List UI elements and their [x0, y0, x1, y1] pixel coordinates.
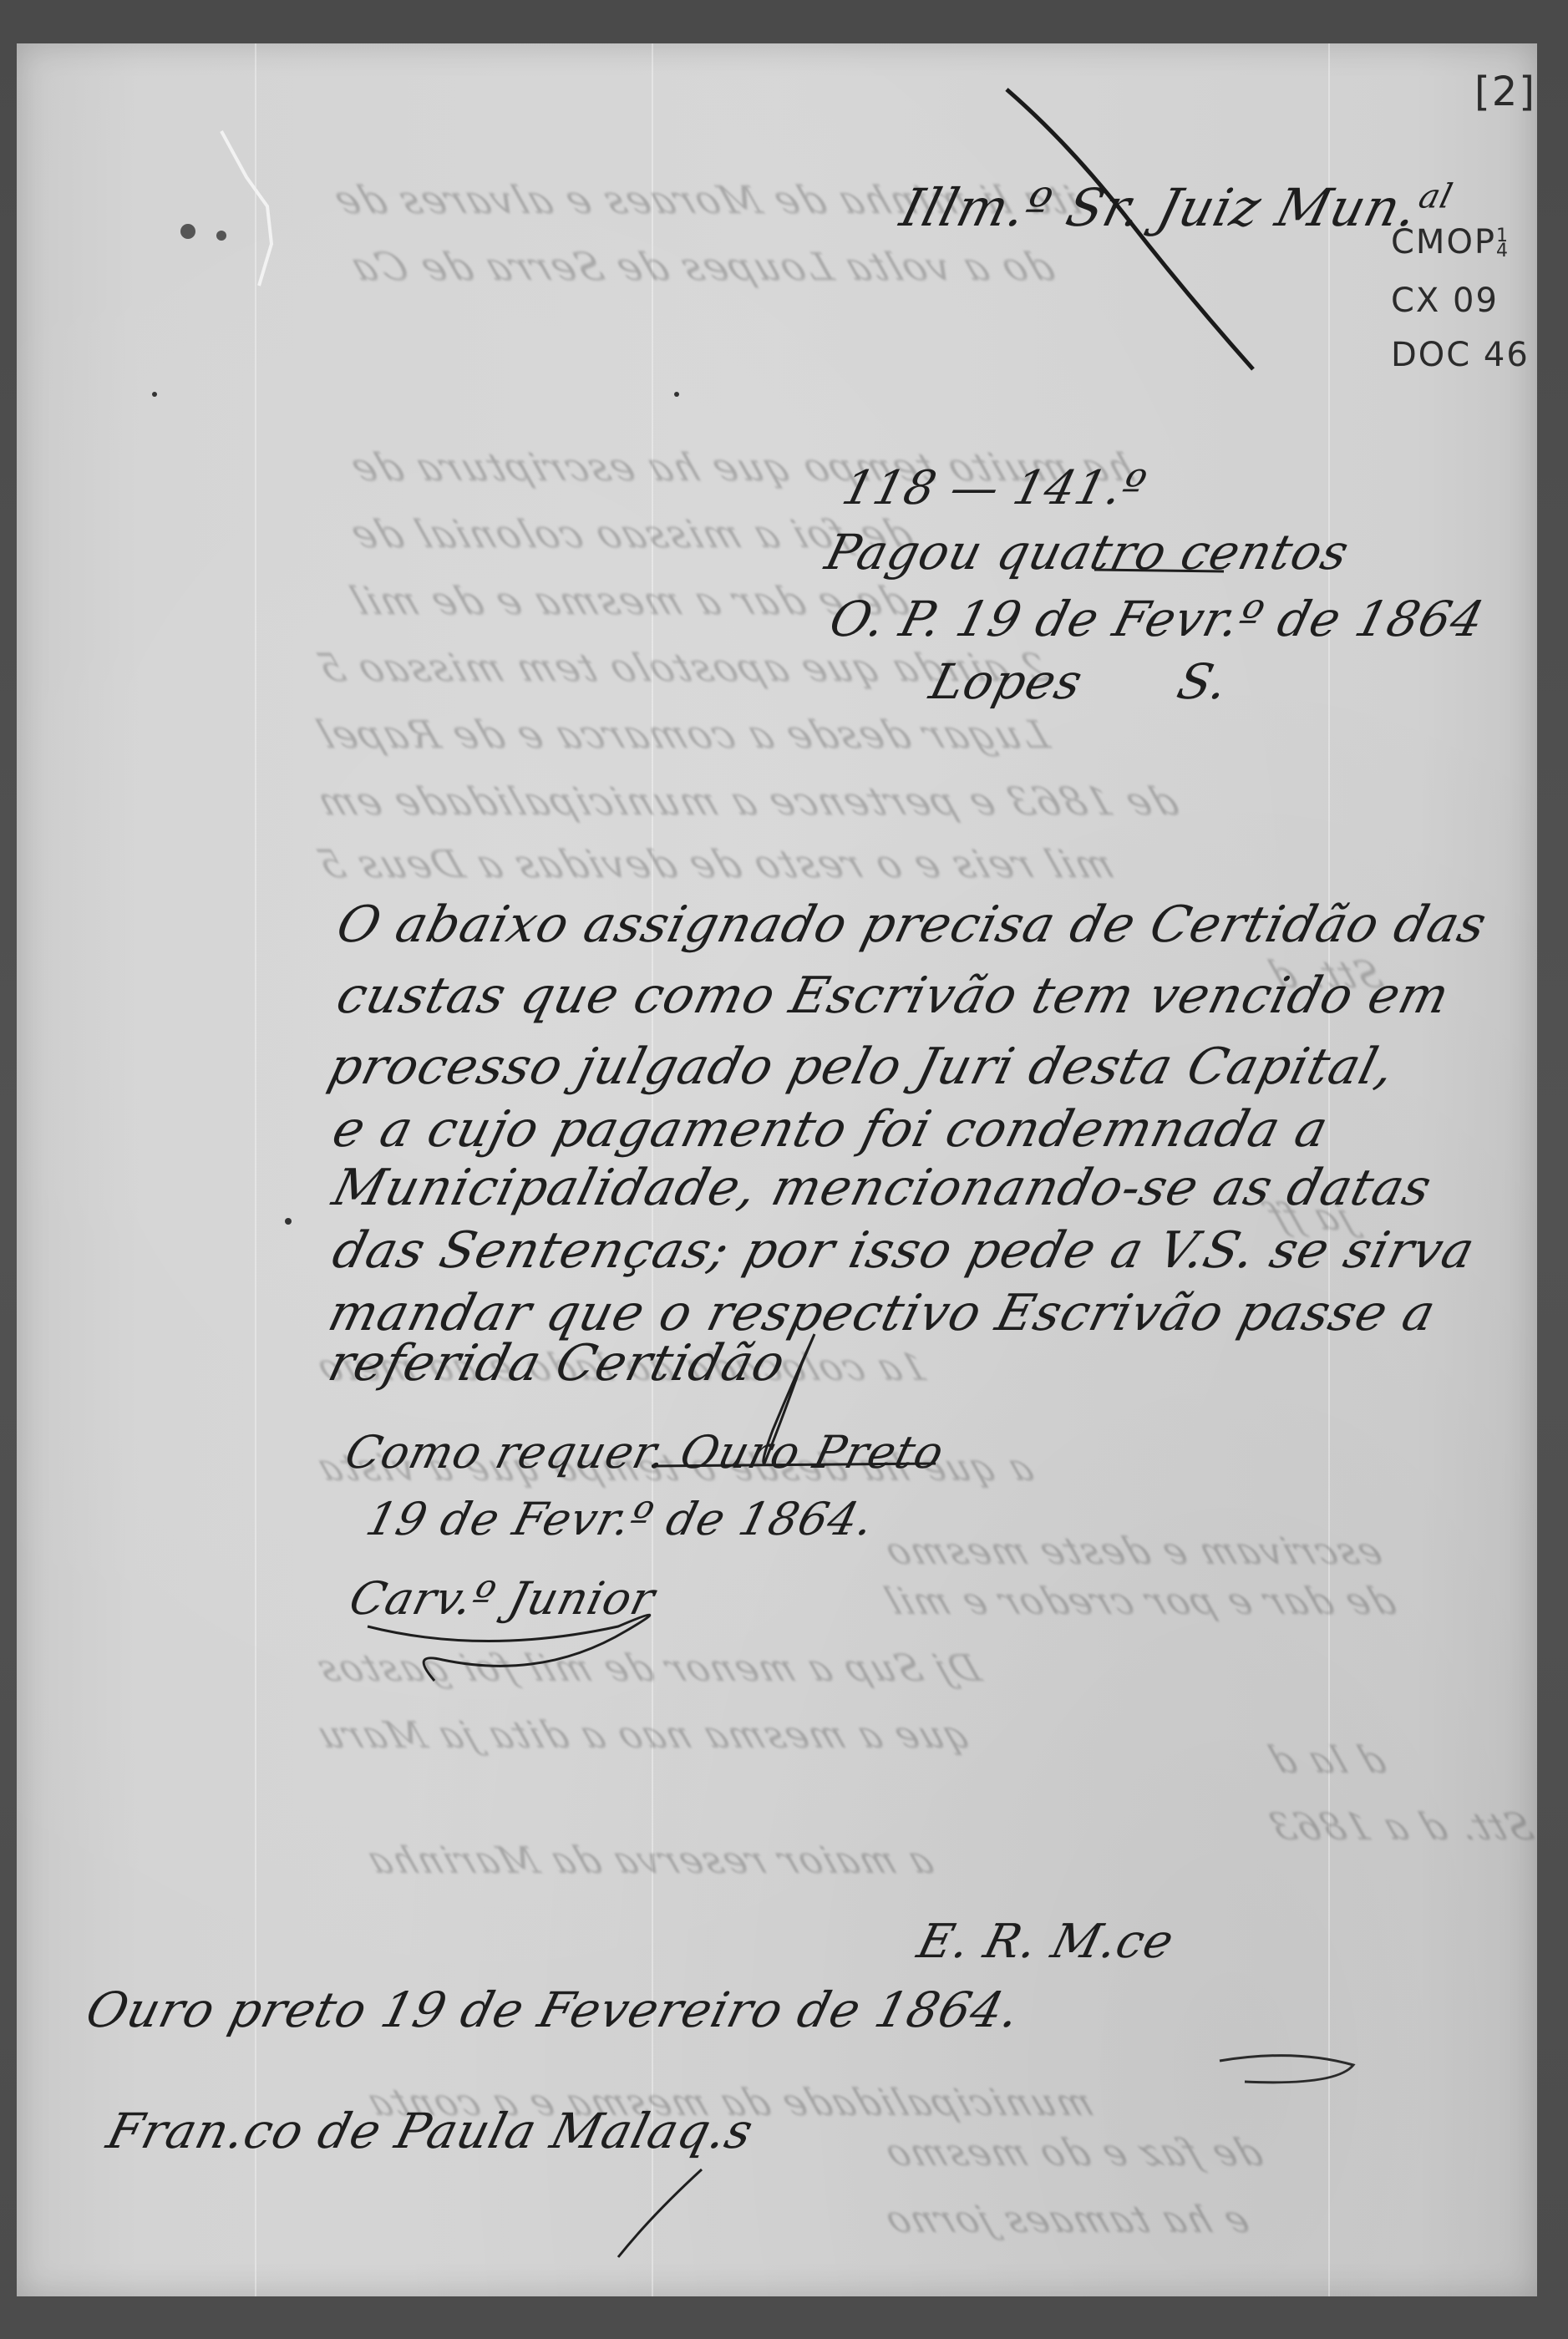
manuscript-page: ita li minha de Moraes e alvares de do a…	[17, 43, 1537, 2296]
pen-flourishes	[17, 43, 1537, 2296]
